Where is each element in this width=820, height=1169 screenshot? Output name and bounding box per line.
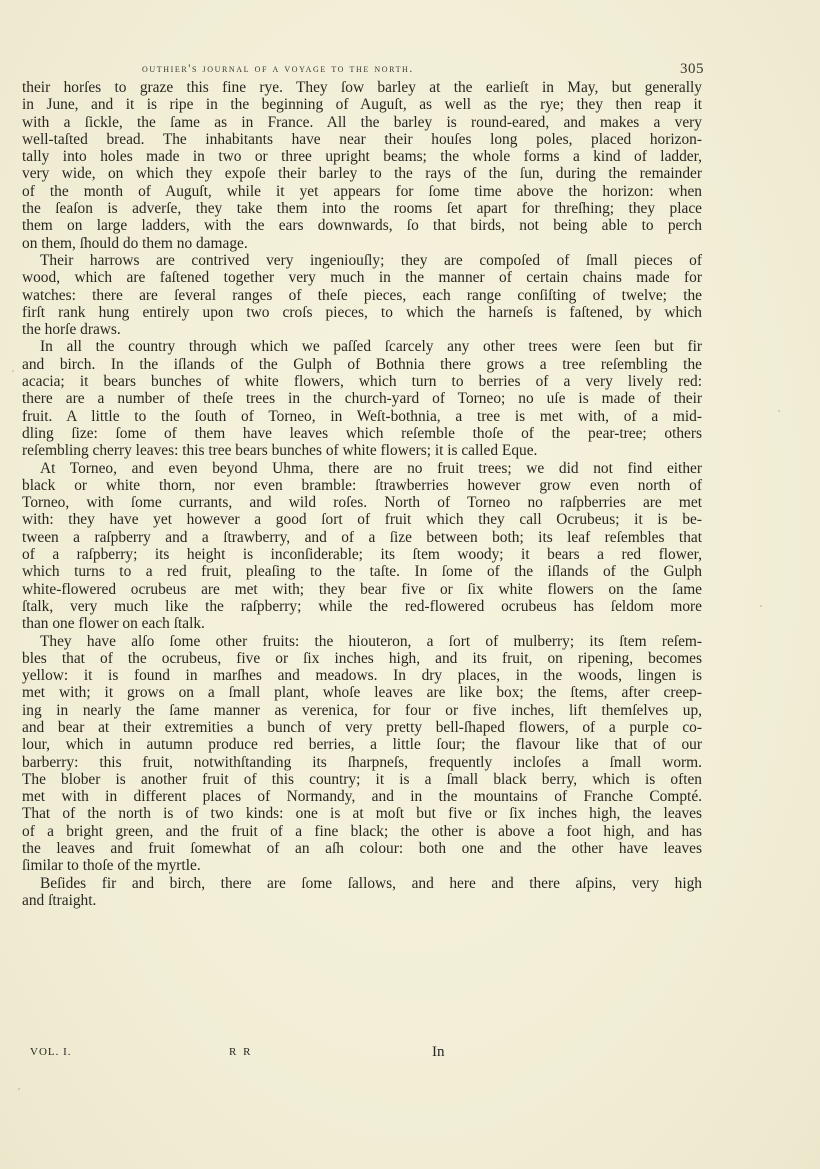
text-line: reſembling cherry leaves: this tree bear…	[22, 442, 702, 459]
text-line: That of the north is of two kinds: one i…	[22, 805, 702, 822]
text-line: and ſtraight.	[22, 892, 702, 909]
volume-label: VOL. I.	[30, 1046, 72, 1058]
text-line: ſtalk, very much like the raſpberry; whi…	[22, 598, 702, 615]
text-line: tally into holes made in two or three up…	[22, 148, 702, 165]
text-line: acacia; it bears bunches of white flower…	[22, 373, 702, 390]
text-line: firſt rank hung entirely upon two croſs …	[22, 304, 702, 321]
text-line: the ſeaſon is adverſe, they take them in…	[22, 200, 702, 217]
text-line: with a ſickle, the ſame as in France. Al…	[22, 114, 702, 131]
paper-speck	[12, 370, 14, 372]
text-line: The blober is another fruit of this coun…	[22, 771, 702, 788]
text-line: tween a raſpberry and a ſtrawberry, and …	[22, 529, 702, 546]
text-line: Beſides fir and birch, there are ſome ſa…	[22, 875, 702, 892]
text-line: yellow: it is found in marſhes and meado…	[22, 667, 702, 684]
text-line: ſimilar to thoſe of the myrtle.	[22, 857, 702, 874]
text-line: lour, which in autumn produce red berrie…	[22, 736, 702, 753]
text-line: and bear at their extremities a bunch of…	[22, 719, 702, 736]
text-line: than one flower on each ſtalk.	[22, 615, 702, 632]
text-line: there are a number of theſe trees in the…	[22, 390, 702, 407]
text-line: them on large ladders, with the ears dow…	[22, 217, 702, 234]
text-line: well-taſted bread. The inhabitants have …	[22, 131, 702, 148]
text-line: the horſe draws.	[22, 321, 702, 338]
running-title: OUTHIER'S JOURNAL OF A VOYAGE TO THE NOR…	[142, 63, 414, 75]
paper-speck	[760, 605, 762, 607]
body-text: their horſes to graze this fine rye. The…	[22, 79, 702, 909]
text-line: of a raſpberry; its height is inconſider…	[22, 546, 702, 563]
text-line: Their harrows are contrived very ingenio…	[22, 252, 702, 269]
text-line: Torneo, with ſome currants, and wild roſ…	[22, 494, 702, 511]
text-line: barberry: this fruit, notwithſtanding it…	[22, 754, 702, 771]
text-line: ing in nearly the ſame manner as verenic…	[22, 702, 702, 719]
text-line: In all the country through which we paſſ…	[22, 338, 702, 355]
text-line: bles that of the ocrubeus, five or ſix i…	[22, 650, 702, 667]
text-line: on them, ſhould do them no damage.	[22, 235, 702, 252]
text-line: met with; it grows on a ſmall plant, who…	[22, 684, 702, 701]
paper-speck	[18, 1088, 20, 1090]
catchword: In	[432, 1044, 445, 1061]
text-line: They have alſo ſome other fruits: the hi…	[22, 633, 702, 650]
text-line: dling ſize: ſome of them have leaves whi…	[22, 425, 702, 442]
page-footer: VOL. I. R R In	[0, 1046, 820, 1066]
text-line: their horſes to graze this fine rye. The…	[22, 79, 702, 96]
signature-mark: R R	[229, 1046, 252, 1058]
text-line: met with in different places of Normandy…	[22, 788, 702, 805]
paper-speck	[778, 410, 780, 412]
text-line: and birch. In the iſlands of the Gulph o…	[22, 356, 702, 373]
text-line: black or white thorn, nor even bramble: …	[22, 477, 702, 494]
text-line: of the month of Auguſt, while it yet app…	[22, 183, 702, 200]
book-page: OUTHIER'S JOURNAL OF A VOYAGE TO THE NOR…	[0, 0, 820, 1169]
text-line: which turns to a red fruit, pleaſing to …	[22, 563, 702, 580]
text-line: wood, which are faſtened together very m…	[22, 269, 702, 286]
text-line: watches: there are ſeveral ranges of the…	[22, 287, 702, 304]
text-line: the leaves and fruit ſomewhat of an aſh …	[22, 840, 702, 857]
text-line: fruit. A little to the ſouth of Torneo, …	[22, 408, 702, 425]
text-line: white-flowered ocrubeus are met with; th…	[22, 581, 702, 598]
text-line: with: they have yet however a good ſort …	[22, 511, 702, 528]
text-line: of a bright green, and the fruit of a fi…	[22, 823, 702, 840]
page-number: 305	[680, 61, 704, 78]
text-line: in June, and it is ripe in the beginning…	[22, 96, 702, 113]
text-line: very wide, on which they expoſe their ba…	[22, 165, 702, 182]
text-line: At Torneo, and even beyond Uhma, there a…	[22, 460, 702, 477]
